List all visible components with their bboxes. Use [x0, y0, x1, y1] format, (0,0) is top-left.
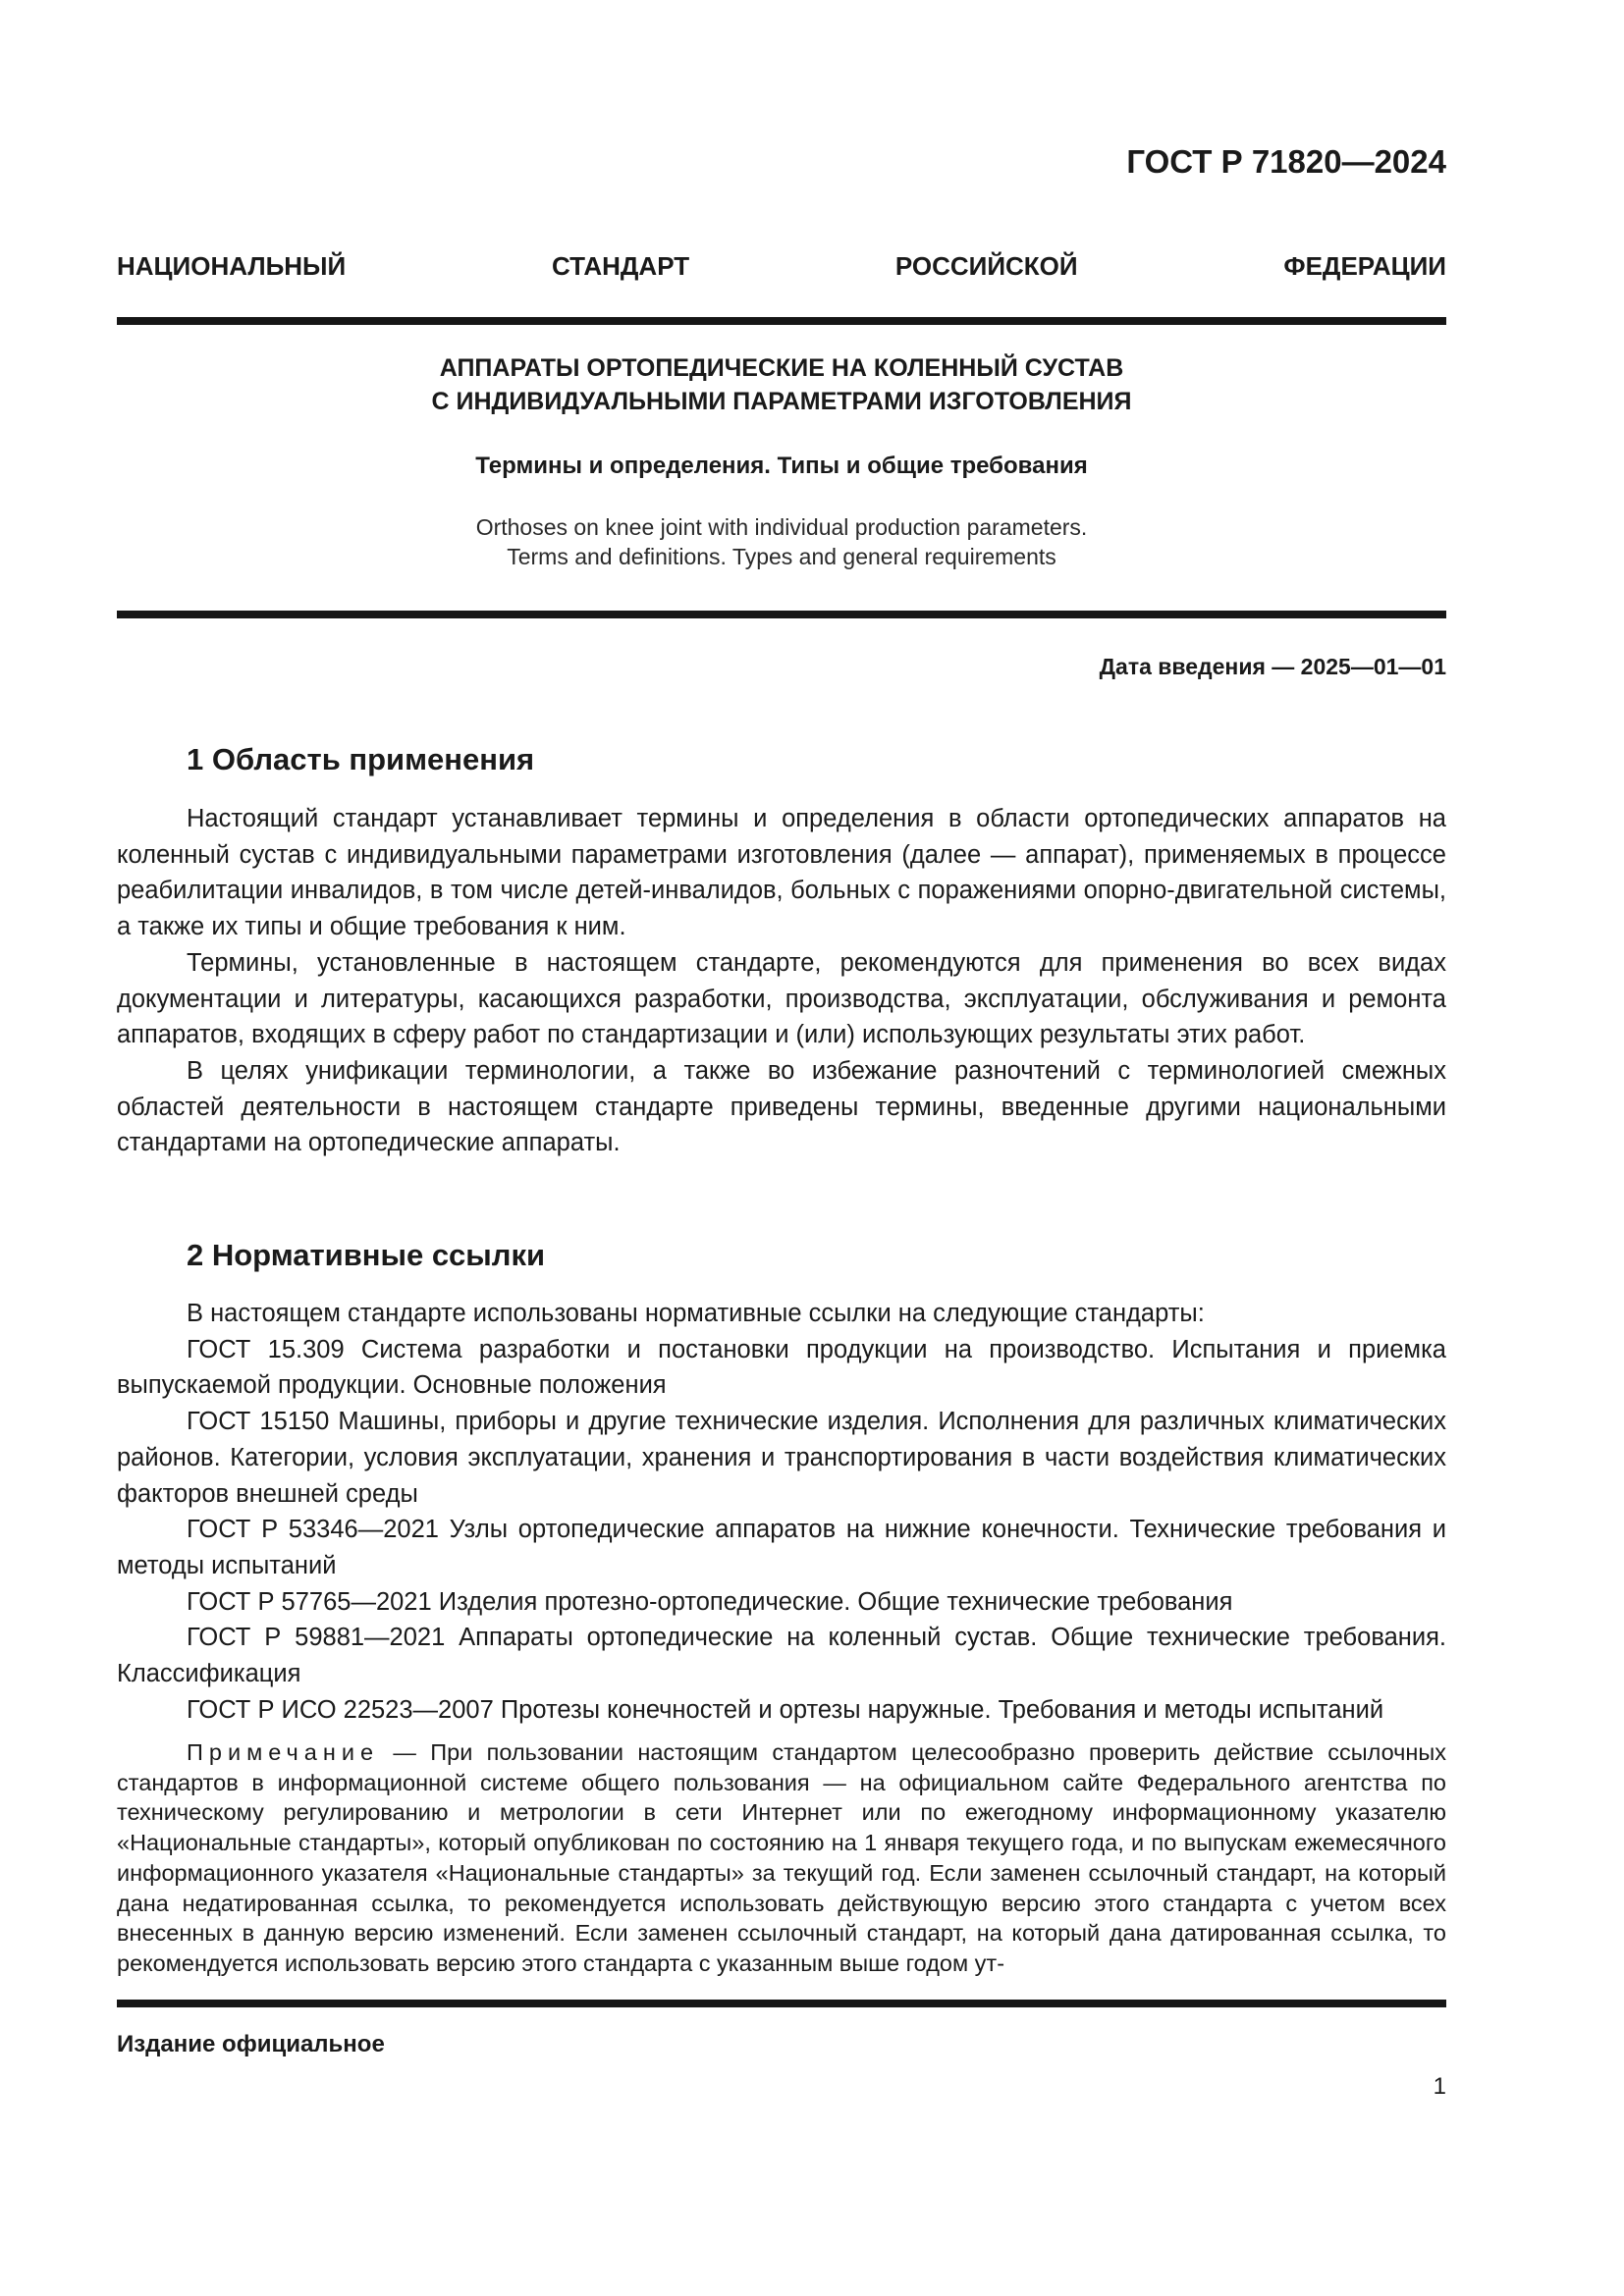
- section-2-body: В настоящем стандарте использованы норма…: [117, 1296, 1446, 1728]
- introduction-date: Дата введения — 2025—01—01: [117, 654, 1446, 680]
- official-edition-label: Издание официальное: [117, 2031, 1446, 2058]
- title-divider: [117, 611, 1446, 618]
- reference-item: ГОСТ Р 53346—2021 Узлы ортопедические ап…: [117, 1512, 1446, 1583]
- reference-item: ГОСТ 15.309 Система разработки и постано…: [117, 1332, 1446, 1404]
- english-title: Orthoses on knee joint with individual p…: [117, 512, 1446, 571]
- title-line-1: АППАРАТЫ ОРТОПЕДИЧЕСКИЕ НА КОЛЕННЫЙ СУСТ…: [117, 351, 1446, 385]
- document-code: ГОСТ Р 71820—2024: [117, 143, 1446, 181]
- national-standard-banner: НАЦИОНАЛЬНЫЙ СТАНДАРТ РОССИЙСКОЙ ФЕДЕРАЦ…: [117, 251, 1446, 282]
- section-1-paragraph: Термины, установленные в настоящем станд…: [117, 945, 1446, 1053]
- document-title: АППАРАТЫ ОРТОПЕДИЧЕСКИЕ НА КОЛЕННЫЙ СУСТ…: [117, 351, 1446, 418]
- section-2-intro: В настоящем стандарте использованы норма…: [117, 1296, 1446, 1332]
- reference-note: Примечание — При пользовании настоящим с…: [117, 1737, 1446, 1979]
- reference-item: ГОСТ 15150 Машины, приборы и другие техн…: [117, 1404, 1446, 1512]
- section-1-paragraph: Настоящий стандарт устанавливает термины…: [117, 801, 1446, 945]
- english-title-line-1: Orthoses on knee joint with individual p…: [117, 512, 1446, 542]
- note-label: Примечание: [187, 1739, 379, 1765]
- section-1-paragraph: В целях унификации терминологии, а также…: [117, 1053, 1446, 1161]
- section-1-body: Настоящий стандарт устанавливает термины…: [117, 801, 1446, 1161]
- title-line-2: С ИНДИВИДУАЛЬНЫМИ ПАРАМЕТРАМИ ИЗГОТОВЛЕН…: [117, 385, 1446, 418]
- section-1-heading: 1 Область применения: [187, 742, 534, 777]
- reference-item: ГОСТ Р 59881—2021 Аппараты ортопедически…: [117, 1620, 1446, 1691]
- bottom-divider: [117, 2000, 1446, 2007]
- reference-item: ГОСТ Р ИСО 22523—2007 Протезы конечносте…: [117, 1692, 1446, 1729]
- document-subtitle: Термины и определения. Типы и общие треб…: [117, 453, 1446, 480]
- reference-item: ГОСТ Р 57765—2021 Изделия протезно-ортоп…: [117, 1584, 1446, 1621]
- note-text: — При пользовании настоящим стандартом ц…: [117, 1739, 1446, 1976]
- page-number: 1: [117, 2073, 1446, 2101]
- top-divider: [117, 317, 1446, 325]
- english-title-line-2: Terms and definitions. Types and general…: [117, 542, 1446, 571]
- section-2-heading: 2 Нормативные ссылки: [187, 1238, 545, 1273]
